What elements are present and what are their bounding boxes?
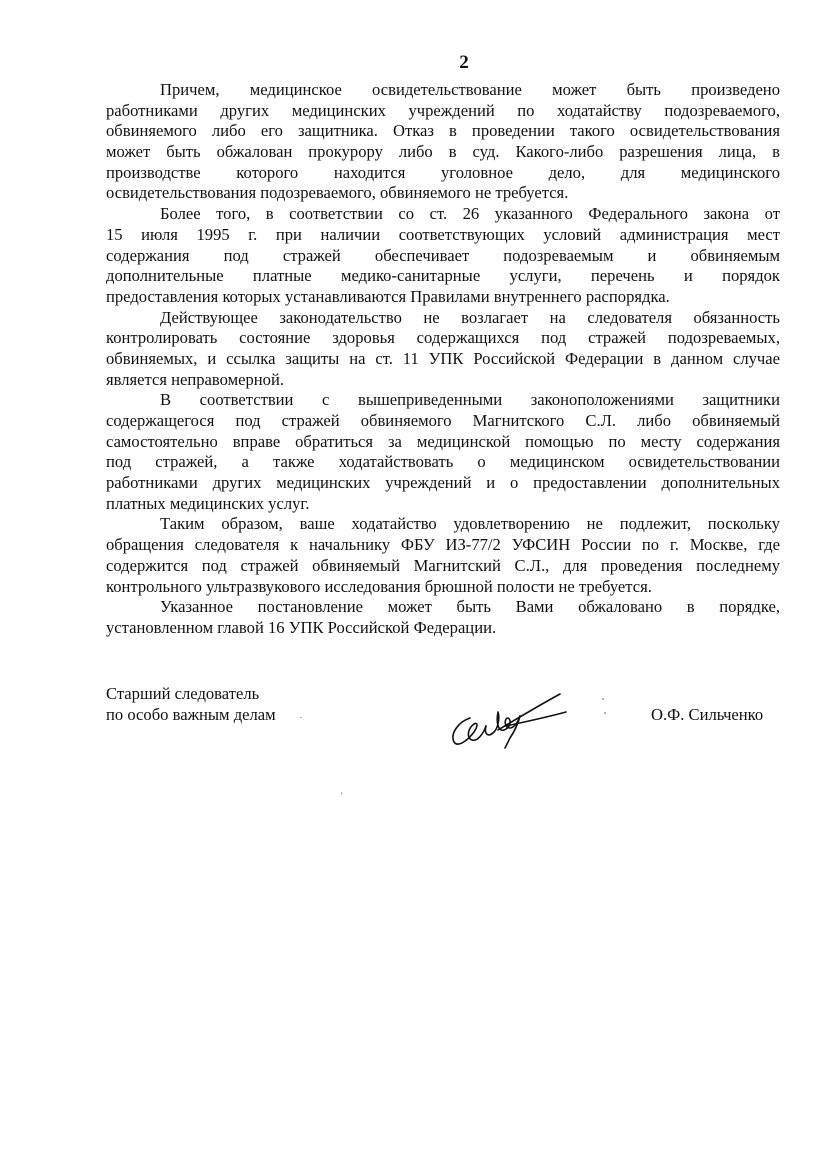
- text-line: содержится под стражей обвиняемый Магнит…: [106, 556, 780, 577]
- document-body: Причем, медицинское освидетельствование …: [106, 80, 780, 639]
- text-line: работниками других медицинских учреждени…: [106, 473, 780, 494]
- text-line: предоставления которых устанавливаются П…: [106, 287, 780, 308]
- text-line: под стражей, а также ходатайствовать о м…: [106, 452, 780, 473]
- text-line: контрольного ультразвукового исследовани…: [106, 577, 780, 598]
- paragraph-3: Действующее законодательство не возлагае…: [106, 308, 780, 391]
- text-line: Причем, медицинское освидетельствование …: [106, 80, 780, 101]
- paragraph-6: Указанное постановление может быть Вами …: [106, 597, 780, 638]
- paragraph-4: В соответствии с вышеприведенными законо…: [106, 390, 780, 514]
- text-line: Таким образом, ваше ходатайство удовлетв…: [106, 514, 780, 535]
- text-line: Указанное постановление может быть Вами …: [106, 597, 780, 618]
- text-line: В соответствии с вышеприведенными законо…: [106, 390, 780, 411]
- scan-speck: [604, 712, 606, 714]
- text-line: является неправомерной.: [106, 370, 780, 391]
- text-line: обращения следователя к начальнику ФБУ И…: [106, 535, 780, 556]
- text-line: может быть обжалован прокурору либо в су…: [106, 142, 780, 163]
- text-line: 15 июля 1995 г. при наличии соответствую…: [106, 225, 780, 246]
- paragraph-5: Таким образом, ваше ходатайство удовлетв…: [106, 514, 780, 597]
- text-line: Более того, в соответствии со ст. 26 ука…: [106, 204, 780, 225]
- paragraph-1: Причем, медицинское освидетельствование …: [106, 80, 780, 204]
- text-line: обвиняемого либо его защитника. Отказ в …: [106, 121, 780, 142]
- text-line: контролировать состояние здоровья содерж…: [106, 328, 780, 349]
- text-line: дополнительные платные медико-санитарные…: [106, 266, 780, 287]
- text-line: содержащегося под стражей обвиняемого Ма…: [106, 411, 780, 432]
- signatory-name: О.Ф. Сильченко: [651, 705, 763, 726]
- scan-speck: [300, 717, 302, 718]
- page-number: 2: [0, 52, 828, 74]
- text-line: освидетельствования подозреваемого, обви…: [106, 183, 780, 204]
- text-line: самостоятельно вправе обратиться за меди…: [106, 432, 780, 453]
- text-line: содержания под стражей обеспечивает подо…: [106, 246, 780, 267]
- handwritten-signature-icon: [448, 688, 568, 750]
- text-line: обвиняемых, и ссылка защиты на ст. 11 УП…: [106, 349, 780, 370]
- signatory-title: Старший следователь по особо важным дела…: [106, 684, 276, 725]
- paragraph-2: Более того, в соответствии со ст. 26 ука…: [106, 204, 780, 307]
- text-line: работниками других медицинских учреждени…: [106, 101, 780, 122]
- text-line: платных медицинских услуг.: [106, 494, 780, 515]
- scan-speck: [602, 698, 604, 700]
- signatory-title-line2: по особо важным делам: [106, 705, 276, 726]
- text-line: установленном главой 16 УПК Российской Ф…: [106, 618, 780, 639]
- scan-speck: [341, 792, 342, 795]
- text-line: Действующее законодательство не возлагае…: [106, 308, 780, 329]
- signatory-title-line1: Старший следователь: [106, 684, 276, 705]
- text-line: производстве которого находится уголовно…: [106, 163, 780, 184]
